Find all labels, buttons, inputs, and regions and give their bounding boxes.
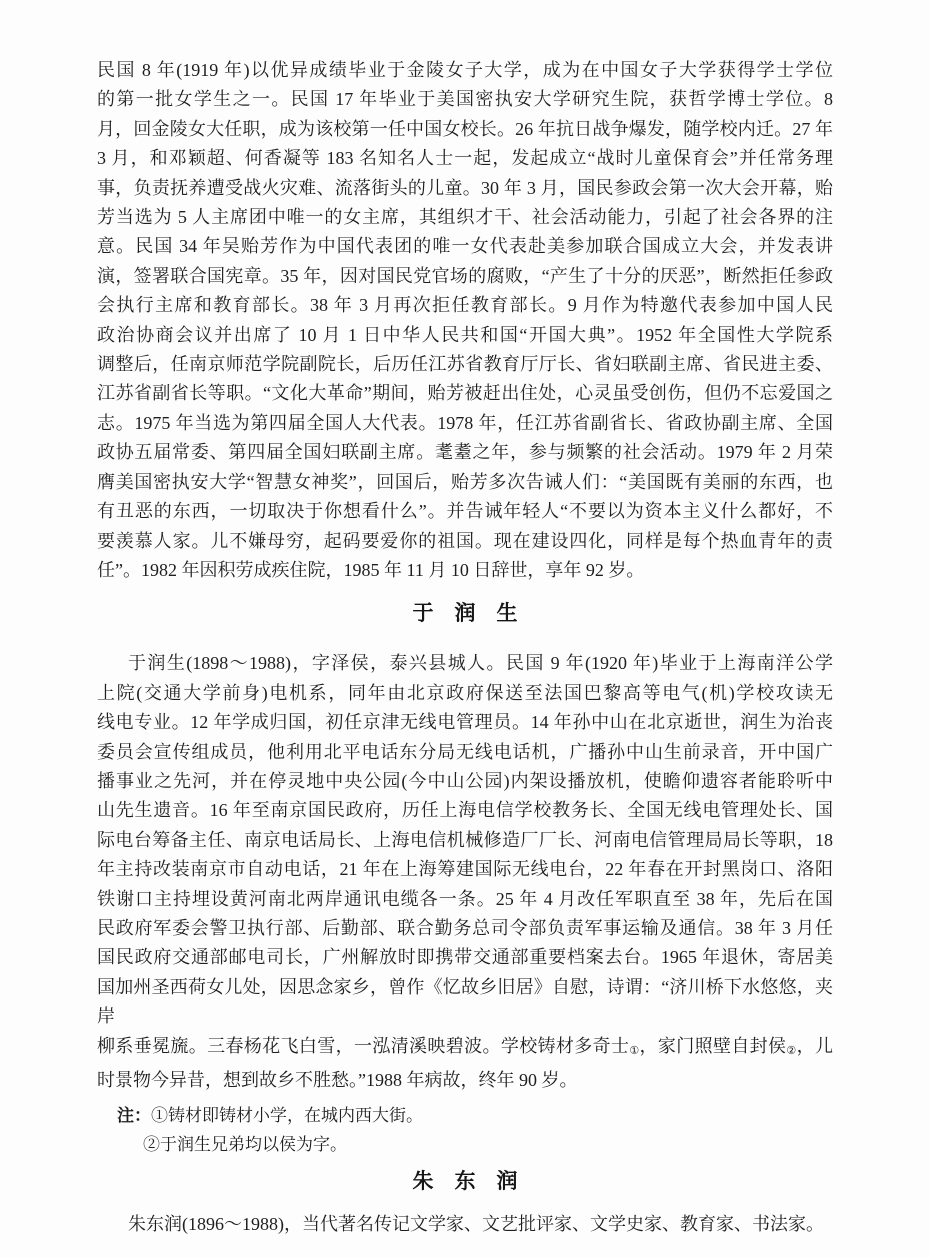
bio-paragraph-zhu-dongrun: 朱东润(1896～1988)，当代著名传记文学家、文艺批评家、文学史家、教育家、… [97, 1210, 833, 1239]
text-line: 民国 8 年(1919 年)以优异成绩毕业于金陵女子大学，成为在中国女子大学获得… [97, 56, 833, 85]
footnote-1: 注：①铸材即铸材小学，在城内西大街。 [117, 1101, 833, 1130]
text-line: 线电专业。12 年学成归国，初任京津无线电管理员。14 年孙中山在北京逝世，润生… [97, 708, 833, 737]
text-line: 月，回金陵女大任职，成为该校第一任中国女校长。26 年抗日战争爆发，随学校内迁。… [97, 115, 833, 144]
text-line: 演，签署联合国宪章。35 年，因对国民党官场的腐败，“产生了十分的厌恶”，断然拒… [97, 262, 833, 291]
bio-paragraph-wu-yifang: 民国 8 年(1919 年)以优异成绩毕业于金陵女子大学，成为在中国女子大学获得… [97, 56, 833, 585]
text-line: 山先生遗音。16 年至南京国民政府，历任上海电信学校教务长、全国无线电管理处长、… [97, 796, 833, 825]
text-line: 任”。1982 年因积劳成疾住院，1985 年 11 月 10 日辞世，享年 9… [97, 556, 833, 585]
text-line: 时景物今异昔，想到故乡不胜愁。”1988 年病故，终年 90 岁。 [97, 1066, 833, 1095]
footnote-1-text: ①铸材即铸材小学，在城内西大街。 [151, 1106, 423, 1125]
text-line: 于润生(1898～1988)，字泽侯，泰兴县城人。民国 9 年(1920 年)毕… [97, 649, 833, 678]
footnote-marker-2: ② [786, 1045, 796, 1057]
text-line: 政协五届常委、第四届全国妇联副主席。耄耋之年，参与频繁的社会活动。1979 年 … [97, 438, 833, 467]
footnote-marker-1: ① [629, 1045, 639, 1057]
text-line: 铁谢口主持埋设黄河南北两岸通讯电缆各一条。25 年 4 月改任军职直至 38 年… [97, 885, 833, 914]
text-line: 上院(交通大学前身)电机系，同年由北京政府保送至法国巴黎高等电气(机)学校攻读无 [97, 679, 833, 708]
text-line: 志。1975 年当选为第四届全国人大代表。1978 年，任江苏省副省长、省政协副… [97, 409, 833, 438]
poem-text: 柳系垂冕旒。三春杨花飞白雪，一泓清溪映碧波。学校铸材多奇士 [97, 1036, 629, 1056]
text-line: 委员会宣传组成员，他利用北平电话东分局无线电话机，广播孙中山生前录音，开中国广 [97, 738, 833, 767]
text-line: 要羡慕人家。儿不嫌母穷，起码要爱你的祖国。现在建设四化，同样是每个热血青年的责 [97, 527, 833, 556]
bio-paragraph-yu-runsheng: 于润生(1898～1988)，字泽侯，泰兴县城人。民国 9 年(1920 年)毕… [97, 649, 833, 1095]
book-page: 民国 8 年(1919 年)以优异成绩毕业于金陵女子大学，成为在中国女子大学获得… [0, 0, 930, 1258]
text-line: 国民政府交通部邮电司长，广州解放时即携带交通部重要档案去台。1965 年退休，寄… [97, 943, 833, 972]
text-line: 膺美国密执安大学“智慧女神奖”，回国后，贻芳多次告诫人们：“美国既有美丽的东西，… [97, 468, 833, 497]
footnote-label: 注： [117, 1106, 151, 1125]
footnote-2: ②于润生兄弟均以侯为字。 [143, 1130, 833, 1159]
section-heading-zhu-dongrun: 朱 东 润 [97, 1167, 833, 1196]
text-line: 江苏省副省长等职。“文化大革命”期间，贻芳被赶出住处，心灵虽受创伤，但仍不忘爱国… [97, 379, 833, 408]
section-heading-yu-runsheng: 于 润 生 [97, 599, 833, 628]
main-text-column: 民国 8 年(1919 年)以优异成绩毕业于金陵女子大学，成为在中国女子大学获得… [97, 56, 833, 1240]
text-line: 调整后，任南京师范学院副院长，后历任江苏省教育厅厅长、省妇联副主席、省民进主委、 [97, 350, 833, 379]
poem-text: ，儿 [797, 1036, 833, 1056]
text-line: 播事业之先河，并在停灵地中央公园(今中山公园)内架设播放机，使瞻仰遗容者能聆听中 [97, 767, 833, 796]
text-line: 芳当选为 5 人主席团中唯一的女主席，其组织才干、社会活动能力，引起了社会各界的… [97, 203, 833, 232]
text-line: 年主持改装南京市自动电话，21 年在上海筹建国际无线电台，22 年春在开封黑岗口… [97, 855, 833, 884]
text-line: 会执行主席和教育部长。38 年 3 月再次拒任教育部长。9 月作为特邀代表参加中… [97, 291, 833, 320]
footnote-2-text: ②于润生兄弟均以侯为字。 [143, 1135, 347, 1154]
text-line: 国加州圣西荷女儿处，因思念家乡，曾作《忆故乡旧居》自慰，诗谓：“济川桥下水悠悠，… [97, 973, 833, 1032]
poem-text: ，家门照壁自封侯 [640, 1036, 787, 1056]
text-line-with-footnote-markers: 柳系垂冕旒。三春杨花飞白雪，一泓清溪映碧波。学校铸材多奇士①，家门照壁自封侯②，… [97, 1032, 833, 1066]
text-line: 际电台筹备主任、南京电话局长、上海电信机械修造厂厂长、河南电信管理局局长等职，1… [97, 826, 833, 855]
text-line: 政治协商会议并出席了 10 月 1 日中华人民共和国“开国大典”。1952 年全… [97, 321, 833, 350]
text-line: 民政府军委会警卫执行部、后勤部、联合勤务总司令部负责军事运输及通信。38 年 3… [97, 914, 833, 943]
text-line: 朱东润(1896～1988)，当代著名传记文学家、文艺批评家、文学史家、教育家、… [97, 1210, 833, 1239]
text-line: 意。民国 34 年吴贻芳作为中国代表团的唯一女代表赴美参加联合国成立大会，并发表… [97, 232, 833, 261]
text-line: 有丑恶的东西，一切取决于你想看什么”。并告诫年轻人“不要以为资本主义什么都好，不 [97, 497, 833, 526]
text-line: 3 月，和邓颖超、何香凝等 183 名知名人士一起，发起成立“战时儿童保育会”并… [97, 144, 833, 173]
text-line: 的第一批女学生之一。民国 17 年毕业于美国密执安大学研究生院，获哲学博士学位。… [97, 85, 833, 114]
footnotes: 注：①铸材即铸材小学，在城内西大街。 ②于润生兄弟均以侯为字。 [97, 1101, 833, 1159]
text-line: 事，负责抚养遭受战火灾难、流落街头的儿童。30 年 3 月，国民参政会第一次大会… [97, 174, 833, 203]
